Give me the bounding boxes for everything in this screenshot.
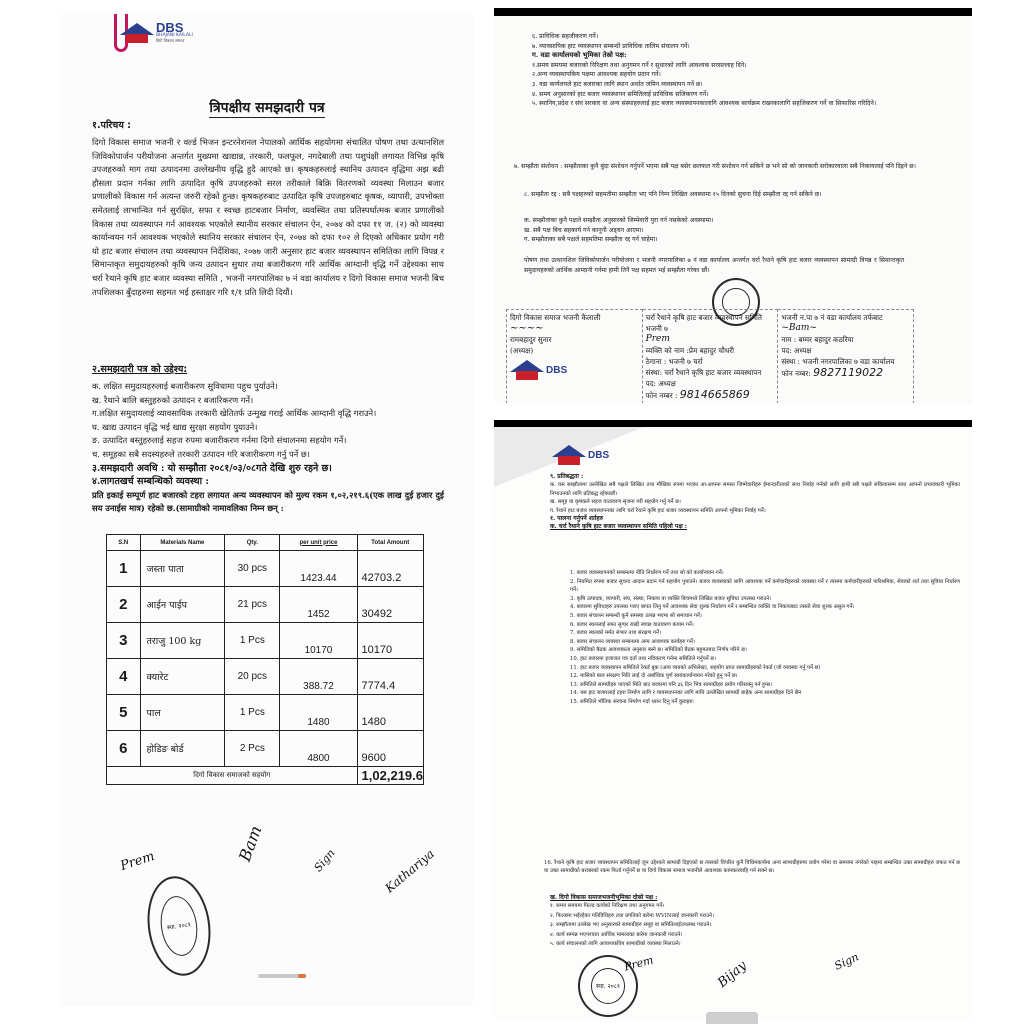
dbs-logo: DBS BHAJANI KAILALI दिगो विकास समाज <box>120 22 193 44</box>
table-header-row: S.N Materials Name Qty. per unit price T… <box>107 535 424 551</box>
table-row: 3तराजु 100 kg1 Pcs1017010170 <box>107 623 424 659</box>
horizontal-scrollbar[interactable] <box>258 974 306 978</box>
objective-item: घ. खाद्य उत्पादन वृद्धि भई खाद्य सुरक्षा… <box>92 421 444 435</box>
signature-2: Bijay <box>715 958 750 991</box>
intro-heading: १.परिचय : <box>92 118 131 131</box>
list-item: 3. कृषि उत्पादक, व्यापारी, संघ, संस्था, … <box>570 595 960 604</box>
table-total-row: दिगो विकास समाजको सहयोग 1,02,219.6 <box>107 767 424 785</box>
signature-1: Prem <box>119 849 157 874</box>
cost-heading: ४.लागतखर्च सम्बन्धिको व्यवस्था : <box>92 475 444 489</box>
list-item: 12. मासिको बाल संरक्षण निति लाई दो अर्बा… <box>570 672 960 681</box>
committee-heading: क. चर्रा रैथाने कृषि हाट बजार व्यवस्थापन… <box>550 523 960 531</box>
objective-item: ग.लक्षित समुदायलाई व्यावसायिक तरकारी खेत… <box>92 407 444 421</box>
table-row: 2आईन पाईप21 pcs145230492 <box>107 587 424 623</box>
objective-item: ख. रैथाने बालि बस्तुहरुको उत्पादन र बजार… <box>92 394 444 408</box>
list-item: 1. बजार व्यवस्थापनको सम्बन्धमा नीति निर्… <box>570 569 960 578</box>
page2-upper-section: ६. प्राविधिक सहजीकरण गर्ने। ७. व्यावसायि… <box>532 32 932 109</box>
seal-stamp: स्था. २०८१ <box>141 872 216 980</box>
table-row: 4क्यारेट20 pcs388.727774.4 <box>107 659 424 695</box>
signature-1: Prem <box>623 953 655 973</box>
list-item: 11. हाट बजार व्यवस्थापन समितिले रेकर्ड ब… <box>570 664 960 673</box>
document-page-1: DBS BHAJANI KAILALI दिगो विकास समाज त्रि… <box>62 14 472 1004</box>
signatory-ward-office: भजनी न.पा ७ नं वडा कार्यालय तर्फबाट ~Bam… <box>778 310 914 404</box>
document-title: त्रिपक्षीय समझदारी पत्र <box>62 98 472 117</box>
signature-3: Sign <box>832 950 860 972</box>
dbs-logo: DBS <box>510 360 639 380</box>
cancellation-clause: ८. सम्झौता रद्द : सबै पक्षहरुको सहमतीमा … <box>524 190 932 200</box>
cancellation-conditions: क. सम्झौताका कुनै पक्षले सम्झौता अनुसारक… <box>524 216 932 245</box>
table-row: 1जस्ता पाता30 pcs1423.4442703.2 <box>107 551 424 587</box>
duration-line: ३.समझदारी अवधि : यो सम्झौता २०८१/०३/०८गत… <box>92 462 444 476</box>
page-indicator[interactable] <box>706 1012 758 1024</box>
list-item: 4. बजारमा सुविधाहरु उपलब्ध गराए बापत लिन… <box>570 603 960 612</box>
table-row: 5पाल1 Pcs14801480 <box>107 695 424 731</box>
objectives-list: क. लक्षित समुदायहरुलाई बजारीकरण सुविधामा… <box>92 380 444 516</box>
commitment-section: ९. प्रतिबद्धता : क. यस सम्झौतामा उल्लेखि… <box>550 473 960 532</box>
item-16: 16. रैथाने कृषि हाट बजार व्यवस्थापन समित… <box>544 859 960 876</box>
signature-3: Sign <box>312 847 338 875</box>
document-page-2: ६. प्राविधिक सहजीकरण गर्ने। ७. व्यावसायि… <box>494 8 972 403</box>
house-icon <box>552 445 586 465</box>
list-item: 15. समितिले भौतिक संरचना निर्माण गर्दा ध… <box>570 698 960 707</box>
table-row: 6होडिङ बाेर्ड2 Pcs48009600 <box>107 731 424 767</box>
signatory-dbs: दिगो विकास समाज भजनी कैलाली ~~~~ रामबहाद… <box>507 310 643 404</box>
house-icon <box>120 23 154 43</box>
list-item: 6. बजार स्थललाई सफा सुग्घर राखी स्वच्छ व… <box>570 621 960 630</box>
signatories-table: दिगो विकास समाज भजनी कैलाली ~~~~ रामबहाद… <box>506 309 914 403</box>
list-item: 8. बजार संचालन व्यवस्था सम्बन्धमा अन्य आ… <box>570 638 960 647</box>
ward-role-heading: ग. वडा कार्यालयको भुमिका तेस्रो पक्ष: <box>532 51 932 61</box>
phone-number: 9827119022 <box>813 366 883 379</box>
materials-table: S.N Materials Name Qty. per unit price T… <box>106 534 424 785</box>
dbs-role-section: ख. दिगो विकास समाजभजनीभूमिका दोस्रो पक्ष… <box>550 893 950 949</box>
list-item: 7. बजार स्थलको मर्मत संभार तथा संरक्षण ग… <box>570 629 960 638</box>
dbs-logo: DBS <box>552 445 609 465</box>
amendment-clause: ७. सम्झौता संशोधन : सम्झौताका कुनै बुंदा… <box>514 162 932 172</box>
list-item: 2. नियमित रुपमा बजार सुचना आदान प्रदान ग… <box>570 578 960 595</box>
signature-2: Bam <box>235 823 265 864</box>
phone-number: 9814665869 <box>680 388 750 401</box>
list-item: 14. यस हाट बजारलाई टहरा निर्माण लागि र व… <box>570 689 960 698</box>
list-item: 5. बजार संचालन सम्बन्धी कुनै समस्या उत्प… <box>570 612 960 621</box>
committee-duties-list: 1. बजार व्यवस्थापनको सम्बन्धमा नीति निर्… <box>570 569 960 707</box>
document-page-3: DBS ९. प्रतिबद्धता : क. यस सम्झौतामा उल्… <box>494 420 972 1020</box>
list-item: 13. समितिले सामग्रीहरु पाएको मिति बाट बज… <box>570 681 960 690</box>
signature-4: Kathariya <box>382 847 436 896</box>
closing-statement: पोषण तथा उत्थानशिल जिविकोपार्जन परीयोजना… <box>524 256 904 275</box>
signatory-committee: चर्रा रैथाने कृषि हाट बजार व्यवस्थापन सम… <box>642 310 778 404</box>
intro-paragraph: दिगो विकास समाज भजनी र वर्ल्ड भिजन इन्टर… <box>92 136 444 299</box>
objectives-heading: २.समझदारी पत्र को उद्देश्य: <box>92 362 187 375</box>
list-item: 9. समितिको बैठक आवश्यकता अनुसार बस्ने छ।… <box>570 646 960 655</box>
cost-paragraph: प्रति इकाई सम्पूर्ण हाट बजारको टहरा लगाय… <box>92 489 444 516</box>
objective-item: च. समूहका सबै सदस्यहरुले तरकारी उत्पादन … <box>92 448 444 462</box>
objective-item: ङ. उत्पादित बस्तुहरुलाई सहज रुपमा बजारीक… <box>92 434 444 448</box>
objective-item: क. लक्षित समुदायहरुलाई बजारीकरण सुविधामा… <box>92 380 444 394</box>
house-icon <box>510 360 544 380</box>
list-item: 10. हाट बजारमा इजाजत पत्र दर्ता तथा नविक… <box>570 655 960 664</box>
